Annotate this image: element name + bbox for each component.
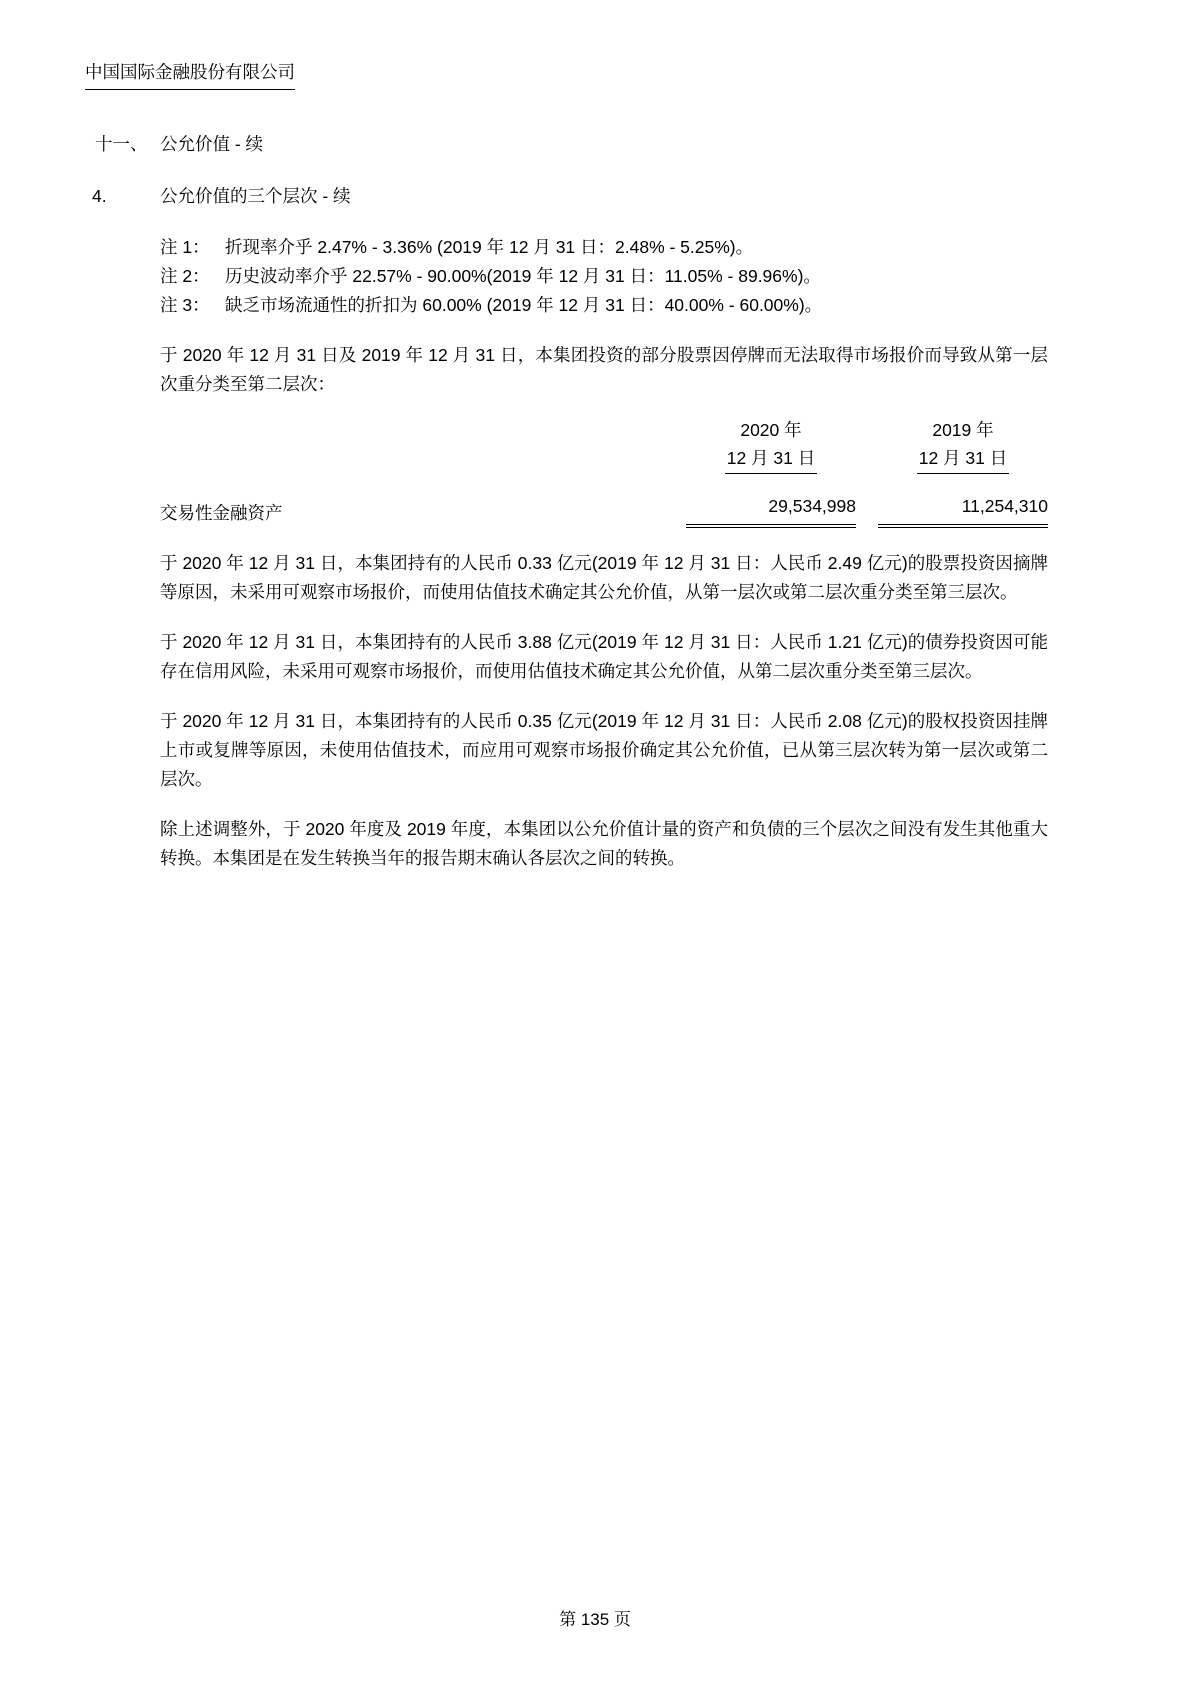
document-page: 中国国际金融股份有限公司 十一、 公允价值 - 续 4. 公允价值的三个层次 -… (0, 0, 1190, 1684)
note-2-text: 历史波动率介乎 22.57% - 90.00%(2019 年 12 月 31 日… (225, 262, 1048, 291)
note-2: 注 2： 历史波动率介乎 22.57% - 90.00%(2019 年 12 月… (160, 262, 1048, 291)
table-header-2019-date: 12 月 31 日 (917, 445, 1010, 474)
document-body: 注 1： 折现率介乎 2.47% - 3.36% (2019 年 12 月 31… (160, 233, 1048, 873)
note-3: 注 3： 缺乏市场流通性的折扣为 60.00% (2019 年 12 月 31 … (160, 291, 1048, 320)
intro-paragraph: 于 2020 年 12 月 31 日及 2019 年 12 月 31 日，本集团… (160, 341, 1048, 399)
paragraph-3: 于 2020 年 12 月 31 日，本集团持有的人民币 0.35 亿元(201… (160, 707, 1048, 794)
value-2019: 11,254,310 (878, 492, 1048, 528)
table-header-row: 2020 年 12 月 31 日 2019 年 12 月 31 日 (160, 417, 1048, 474)
table-header-2019-year: 2019 年 (878, 417, 1048, 444)
paragraph-4: 除上述调整外，于 2020 年度及 2019 年度，本集团以公允价值计量的资产和… (160, 815, 1048, 873)
notes-block: 注 1： 折现率介乎 2.47% - 3.36% (2019 年 12 月 31… (160, 233, 1048, 320)
page-number: 第 135 页 (0, 1605, 1190, 1634)
table-row: 交易性金融资产 29,534,998 11,254,310 (160, 492, 1048, 528)
note-3-label: 注 3： (160, 291, 225, 320)
paragraph-1: 于 2020 年 12 月 31 日，本集团持有的人民币 0.33 亿元(201… (160, 549, 1048, 607)
row-label-trading-financial-assets: 交易性金融资产 (160, 499, 664, 528)
table-header-2020: 2020 年 12 月 31 日 (686, 417, 856, 474)
note-1: 注 1： 折现率介乎 2.47% - 3.36% (2019 年 12 月 31… (160, 233, 1048, 262)
section-title: 公允价值 - 续 (160, 130, 263, 159)
reclassification-table: 2020 年 12 月 31 日 2019 年 12 月 31 日 交易性金融资… (160, 417, 1048, 528)
section-heading: 十一、 公允价值 - 续 (85, 130, 1048, 159)
table-header-2020-year: 2020 年 (686, 417, 856, 444)
paragraph-2: 于 2020 年 12 月 31 日，本集团持有的人民币 3.88 亿元(201… (160, 628, 1048, 686)
subsection-title: 公允价值的三个层次 - 续 (160, 182, 351, 211)
note-2-label: 注 2： (160, 262, 225, 291)
subsection-number: 4. (92, 182, 160, 211)
company-name: 中国国际金融股份有限公司 (85, 58, 295, 90)
note-1-label: 注 1： (160, 233, 225, 262)
subsection-heading: 4. 公允价值的三个层次 - 续 (85, 182, 1048, 211)
table-header-2019: 2019 年 12 月 31 日 (878, 417, 1048, 474)
value-2020: 29,534,998 (686, 492, 856, 528)
note-3-text: 缺乏市场流通性的折扣为 60.00% (2019 年 12 月 31 日：40.… (225, 291, 1048, 320)
section-number: 十一、 (95, 130, 160, 159)
note-1-text: 折现率介乎 2.47% - 3.36% (2019 年 12 月 31 日：2.… (225, 233, 1048, 262)
table-header-2020-date: 12 月 31 日 (725, 445, 818, 474)
